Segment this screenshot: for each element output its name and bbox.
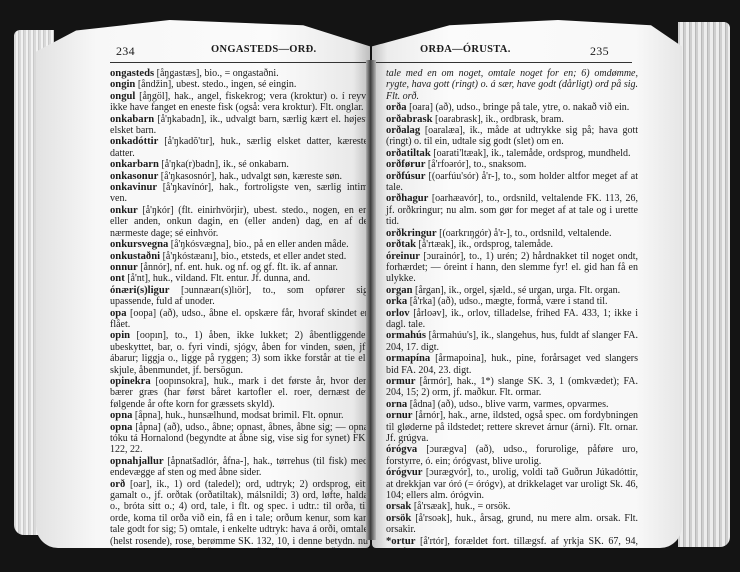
dictionary-entry: onkabarn [å'ŋkabadn], ik., udvalgt barn,… (110, 114, 368, 137)
dictionary-entry: opin [oopın], to., 1) åben, ikke lukket;… (110, 330, 368, 376)
entry-definition: [å'ŋka(r)badn], ik., sé onkabarn. (161, 159, 289, 170)
headword: óreinur (386, 251, 420, 262)
dictionary-entry: orsak [å'rsæak], huk., = orsök. (386, 501, 638, 512)
left-page: 234 ONGASTEDS—ORÐ. ongasteds [åŋgastæs],… (36, 20, 370, 548)
dictionary-entry: orka [å'rka] (að), udso., mægte, formå, … (386, 296, 638, 307)
entry-definition: [oarati'ltæak], ik., talemåde, ordsprog,… (433, 148, 630, 159)
dictionary-entry: orna [ådna] (að), udso., blive varm, var… (386, 399, 638, 410)
dictionary-entry: orðtak [å'rtæak], ik., ordsprog, talemåd… (386, 239, 638, 250)
headword: orna (386, 399, 407, 410)
dictionary-entry: onkursvegna [å'ŋkósvægna], bio., på en e… (110, 239, 368, 250)
headword: onkavinur (110, 182, 157, 193)
entry-definition: [å'rsæak], huk., = orsök. (414, 501, 511, 512)
right-page-number: 235 (590, 44, 609, 59)
dictionary-entry: ornur [årnór], hak., arne, ildsted, også… (386, 410, 638, 444)
headword: ormahús (386, 330, 426, 341)
headword: onnur (110, 262, 138, 273)
dictionary-entry: ormur [årmór], hak., 1*) slange SK. 3, 1… (386, 376, 638, 399)
dictionary-entry: orðhagur [oarhæavór], to., ordsnild, vel… (386, 193, 638, 227)
entry-definition: [årgan], ik., orgel, sjæld., sé urgan, u… (415, 285, 620, 296)
headword: onkabarn (110, 114, 154, 125)
entry-definition: [å'rfoərór], to., snaksom. (428, 159, 526, 170)
entry-definition: [årnór], hak., arne, ildsted, også spec.… (386, 410, 638, 444)
dictionary-entry: orðkringur [(oarkrıŋgór) å'r-], to., ord… (386, 228, 638, 239)
headword: ornur (386, 410, 412, 421)
dictionary-entry: ongin [åndžin], ubest. stedo., ingen, sé… (110, 79, 368, 90)
dictionary-entry: orðførur [å'rfoərór], to., snaksom. (386, 159, 638, 170)
headword: opnahjallur (110, 456, 164, 467)
dictionary-entry: orðfúsur [(oarfúu'sór) å'r-], to., som h… (386, 171, 638, 194)
headword: orð (110, 479, 125, 490)
dictionary-entry: orðalag [oaralæa], ik., måde at udtrykke… (386, 125, 638, 148)
entry-definition: [åŋgastæs], bio., = ongastaðni. (157, 68, 279, 79)
entry-definition: [åndžin], ubest. stedo., ingen, sé eingi… (138, 79, 297, 90)
entry-definition: [åŋgöl], hak., angel, fiskekrog; vera (k… (110, 91, 368, 113)
open-book: 234 ONGASTEDS—ORÐ. ongasteds [åŋgastæs],… (0, 0, 740, 572)
dictionary-entry: onkadóttir [å'ŋkadŏ'tır], huk., særlig e… (110, 136, 368, 159)
book-gutter (366, 60, 376, 540)
headword: ongul (110, 91, 135, 102)
dictionary-entry: *ortur [å'rtór], forældet fort. tillægsf… (386, 536, 638, 548)
headword: orsök (386, 513, 411, 524)
dictionary-entry: onkarbarn [å'ŋka(r)badn], ik., sé onkaba… (110, 159, 368, 170)
headword: órógva (386, 444, 417, 455)
dictionary-entry: ormapína [årmapoina], huk., pine, forårs… (386, 353, 638, 376)
headword: orðkringur (386, 228, 437, 239)
dictionary-entry: opna [åpna] (að), udso., åbne; opnast, å… (110, 422, 368, 456)
headword: orka (386, 296, 407, 307)
entry-definition: [årloəv], ik., orlov, tilladelse, frihed… (386, 308, 638, 330)
page-edges-right (678, 22, 730, 547)
headword: orðabrask (386, 114, 433, 125)
headword: opin (110, 330, 130, 341)
entry-definition: [åpna] (að), udso., åbne; opnast, åbnes,… (110, 422, 368, 456)
right-entries: tale med en om noget, omtale noget for e… (386, 68, 638, 548)
dictionary-entry: ont [å'nt], huk., vildand. Flt. entur. J… (110, 273, 368, 284)
dictionary-entry: organ [årgan], ik., orgel, sjæld., sé ur… (386, 285, 638, 296)
entry-definition: [ånnór], nf. ent. huk. og nf. og gf. flt… (140, 262, 338, 273)
entry-definition: [å'ŋkasosnór], hak., udvalgt søn, kærest… (161, 171, 342, 182)
dictionary-entry: orð [oar], ik., 1) ord (taledel); ord, u… (110, 479, 368, 548)
entry-definition: [å'ŋkósvægna], bio., på en eller anden m… (171, 239, 349, 250)
left-entries: ongasteds [åŋgastæs], bio., = ongastaðni… (110, 68, 368, 548)
dictionary-entry: onkustaðni [å'ŋkóstæanı], bio., etsteds,… (110, 251, 368, 262)
headword: opinekra (110, 376, 151, 387)
dictionary-entry: ónæri(s)ligur [ɔunnæarı(s)lıör], to., so… (110, 285, 368, 308)
dictionary-entry: opnahjallur [åpnatšadlór, åfna-], hak., … (110, 456, 368, 479)
entry-definition: [å'rtæak], ik., ordsprog, talemåde. (419, 239, 554, 250)
entry-definition: [å'rsoək], huk., årsag, grund, nu mere a… (386, 513, 638, 535)
headword: onkarbarn (110, 159, 159, 170)
headword: onkursvegna (110, 239, 168, 250)
right-page: ORÐA—ÓRUSTA. 235 tale med en om noget, o… (372, 20, 682, 548)
dictionary-entry: onkavinur [å'ŋkavínór], hak., fortroligs… (110, 182, 368, 205)
headword: orsak (386, 501, 411, 512)
headword: opna (110, 422, 132, 433)
dictionary-entry: ongasteds [åŋgastæs], bio., = ongastaðni… (110, 68, 368, 79)
entry-definition: [ådna] (að), udso., blive varm, varmes, … (410, 399, 609, 410)
headword: ont (110, 273, 125, 284)
entry-definition: [ɔurainór], to., 1) urén; 2) hårdnakket … (386, 251, 638, 285)
headword: opa (110, 308, 127, 319)
entry-definition: [ɔurægvór], to., urolig, voldi tað Guðru… (386, 467, 638, 501)
left-page-number: 234 (116, 44, 135, 59)
dictionary-entry: orlov [årloəv], ik., orlov, tilladelse, … (386, 308, 638, 331)
headword: orlov (386, 308, 410, 319)
entry-definition: [oara] (að), udso., bringe på tale, ytre… (409, 102, 629, 113)
dictionary-entry: onnur [ånnór], nf. ent. huk. og nf. og g… (110, 262, 368, 273)
headword: ongin (110, 79, 135, 90)
headword: orðalag (386, 125, 420, 136)
entry-definition: [oopın], to., 1) åben, ikke lukket; 2) å… (110, 330, 368, 375)
headword: onkadóttir (110, 136, 158, 147)
entry-definition: [å'rtór], forældet fort. tillægsf. af yr… (386, 536, 638, 548)
dictionary-entry: opinekra [oopınsokra], huk., mark i det … (110, 376, 368, 410)
entry-definition: [å'ŋkóstæanı], bio., etsteds, et eller a… (163, 251, 347, 262)
right-head-rule (374, 62, 632, 63)
entry-definition: [oarabrask], ik., ordbrask, bram. (435, 114, 564, 125)
entry-definition: [å'nt], huk., vildand. Flt. entur. Jf. d… (127, 273, 310, 284)
entry-definition: [å'ŋkór] (flt. einirhvörjir), ubest. ste… (110, 205, 368, 239)
headword: ónæri(s)ligur (110, 285, 169, 296)
entry-definition: [oopa] (að), udso., åbne el. opskære får… (110, 308, 368, 330)
headword: orðatiltak (386, 148, 431, 159)
entry-definition: [åpna], huk., hunsælhund, modsat brimil.… (135, 410, 344, 421)
headword: orðfúsur (386, 171, 425, 182)
dictionary-entry: orðatiltak [oarati'ltæak], ik., talemåde… (386, 148, 638, 159)
headword: orðtak (386, 239, 416, 250)
dictionary-entry: onkasonur [å'ŋkasosnór], hak., udvalgt s… (110, 171, 368, 182)
headword: organ (386, 285, 412, 296)
headword: ormur (386, 376, 415, 387)
headword: orðhagur (386, 193, 428, 204)
headword: opna (110, 410, 132, 421)
headword: orðførur (386, 159, 425, 170)
headword: onkustaðni (110, 251, 160, 262)
headword: *ortur (386, 536, 415, 547)
dictionary-entry: órógva [ɔurægva] (að), udso., forurolige… (386, 444, 638, 467)
entry-definition: [oaralæa], ik., måde at udtrykke sig på;… (386, 125, 638, 147)
right-running-title: ORÐA—ÓRUSTA. (420, 44, 511, 55)
dictionary-entry: órógvur [ɔurægvór], to., urolig, voldi t… (386, 467, 638, 501)
headword: onkur (110, 205, 138, 216)
continuation-text: tale med en om noget, omtale noget for e… (386, 68, 638, 102)
dictionary-entry: orsök [å'rsoək], huk., årsag, grund, nu … (386, 513, 638, 536)
entry-definition: [årmór], hak., 1*) slange SK. 3, 1 (omkv… (386, 376, 638, 398)
headword: onkasonur (110, 171, 158, 182)
headword: orða (386, 102, 407, 113)
dictionary-entry: ongul [åŋgöl], hak., angel, fiskekrog; v… (110, 91, 368, 114)
dictionary-entry: onkur [å'ŋkór] (flt. einirhvörjir), ubes… (110, 205, 368, 239)
dictionary-entry: orðabrask [oarabrask], ik., ordbrask, br… (386, 114, 638, 125)
headword: ongasteds (110, 68, 154, 79)
left-running-title: ONGASTEDS—ORÐ. (211, 44, 316, 55)
dictionary-entry: orða [oara] (að), udso., bringe på tale,… (386, 102, 638, 113)
headword: órógvur (386, 467, 422, 478)
entry-definition: [oar], ik., 1) ord (taledel); ord, udtry… (110, 479, 368, 548)
dictionary-entry: óreinur [ɔurainór], to., 1) urén; 2) hår… (386, 251, 638, 285)
dictionary-entry: opa [oopa] (að), udso., åbne el. opskære… (110, 308, 368, 331)
headword: ormapína (386, 353, 430, 364)
dictionary-entry: opna [åpna], huk., hunsælhund, modsat br… (110, 410, 368, 421)
entry-definition: [(oarkrıŋgór) å'r-], to., ordsnild, velt… (439, 228, 611, 239)
entry-definition: [å'rka] (að), udso., mægte, formå, være … (410, 296, 608, 307)
dictionary-entry: ormahús [årmahúu's], ik., slangehus, hus… (386, 330, 638, 353)
left-head-rule (110, 62, 370, 63)
entry-definition: [ɔurægva] (að), udso., forurolige, påfør… (386, 444, 638, 466)
